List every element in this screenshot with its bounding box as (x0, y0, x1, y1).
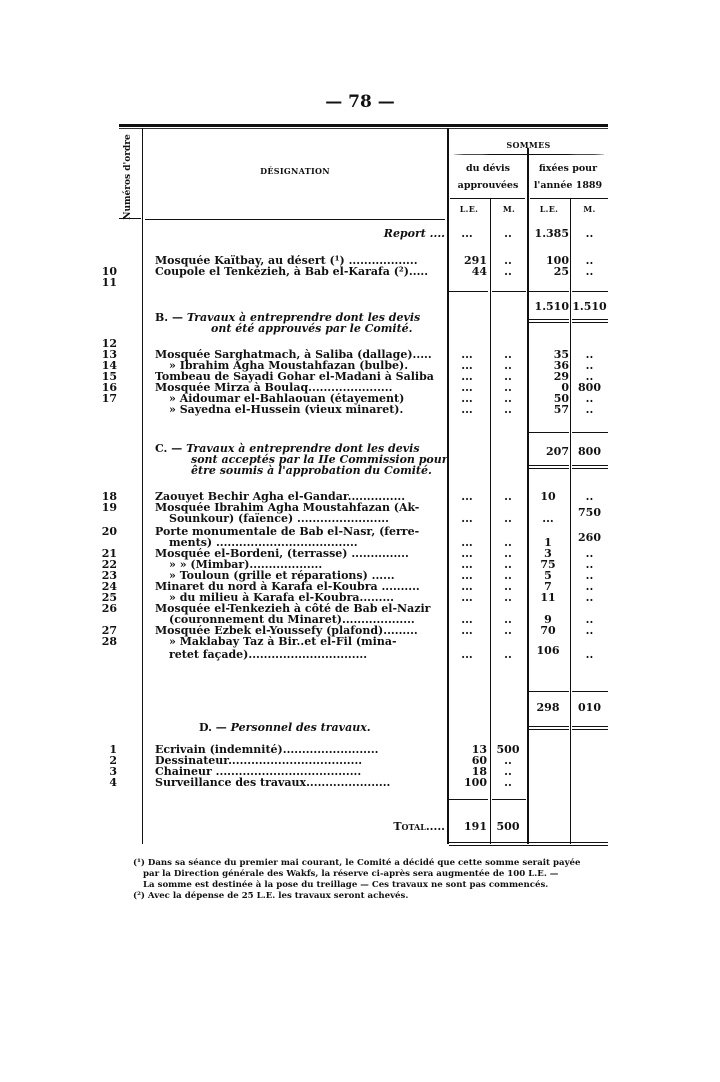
section-c-total-row: 298 010 (119, 702, 608, 714)
table-row: » Sayedna el-Hussein (vieux minaret). ..… (119, 404, 608, 416)
sommes-header: SOMMES (449, 140, 608, 150)
subtotal-rule (529, 291, 569, 292)
section-c-title: C. — Travaux à entreprendre dont les dev… (155, 443, 455, 476)
subtotal-rule (449, 291, 488, 292)
grand-total-row: Total..... 191 500 (119, 821, 608, 833)
section-d-title: D. — Personnel des travaux. (199, 722, 499, 733)
subtotal-rule (572, 432, 608, 433)
total-double-rule (572, 726, 608, 730)
footnote-1: (¹) Dans sa séance du premier mai couran… (133, 858, 613, 891)
table-bottom-rule (449, 842, 608, 846)
table-top-rule (119, 124, 608, 127)
subtotal-rule (492, 799, 526, 800)
total-double-rule (572, 319, 608, 323)
header-rule-fixees (530, 198, 608, 199)
section-b-title: B. — Travaux à entreprendre dont les dev… (155, 312, 455, 334)
le-header-2: L.E. (528, 204, 570, 214)
sommes-brace (454, 154, 604, 155)
footnote-2: (²) Avec la dépense de 25 L.E. les trava… (133, 891, 613, 902)
subtotal-rule (529, 691, 569, 692)
le-header-1: L.E. (449, 204, 489, 214)
table-row-cont: Sounkour) (faïence) ....................… (119, 513, 608, 525)
table-top-rule-thin (119, 128, 608, 129)
devis-header: du dévis approuvées (449, 160, 527, 194)
budget-table: Numéros d'ordre DÉSIGNATION SOMMES du dé… (119, 124, 608, 846)
header-rule-left (119, 218, 141, 219)
header-rule-designation (145, 219, 445, 220)
designation-header: DÉSIGNATION (143, 166, 447, 176)
fixees-header: fixées pour l'année 1889 (528, 160, 608, 194)
total-double-rule (529, 319, 569, 323)
total-double-rule (572, 465, 608, 469)
m-header-2: M. (571, 204, 608, 214)
table-row-cont: retet façade)...........................… (119, 649, 608, 661)
header-rule-devis (450, 198, 525, 199)
subtotal-rule (572, 291, 608, 292)
subtotal-rule (449, 799, 488, 800)
page-number: — 78 — (0, 92, 720, 112)
table-row: 4 Surveillance des travaux..............… (119, 777, 608, 789)
footnotes: (¹) Dans sa séance du premier mai couran… (133, 858, 613, 902)
total-double-rule (529, 726, 569, 730)
subtotal-rule (529, 432, 569, 433)
subtotal-rule (492, 291, 526, 292)
order-number-header: Numéros d'ordre (117, 136, 139, 218)
m-header-1: M. (491, 204, 527, 214)
report-row: Report .... ... .. 1.385 .. (119, 228, 608, 240)
subtotal-rule (572, 691, 608, 692)
total-double-rule (529, 465, 569, 469)
table-row: 11 (119, 277, 608, 289)
